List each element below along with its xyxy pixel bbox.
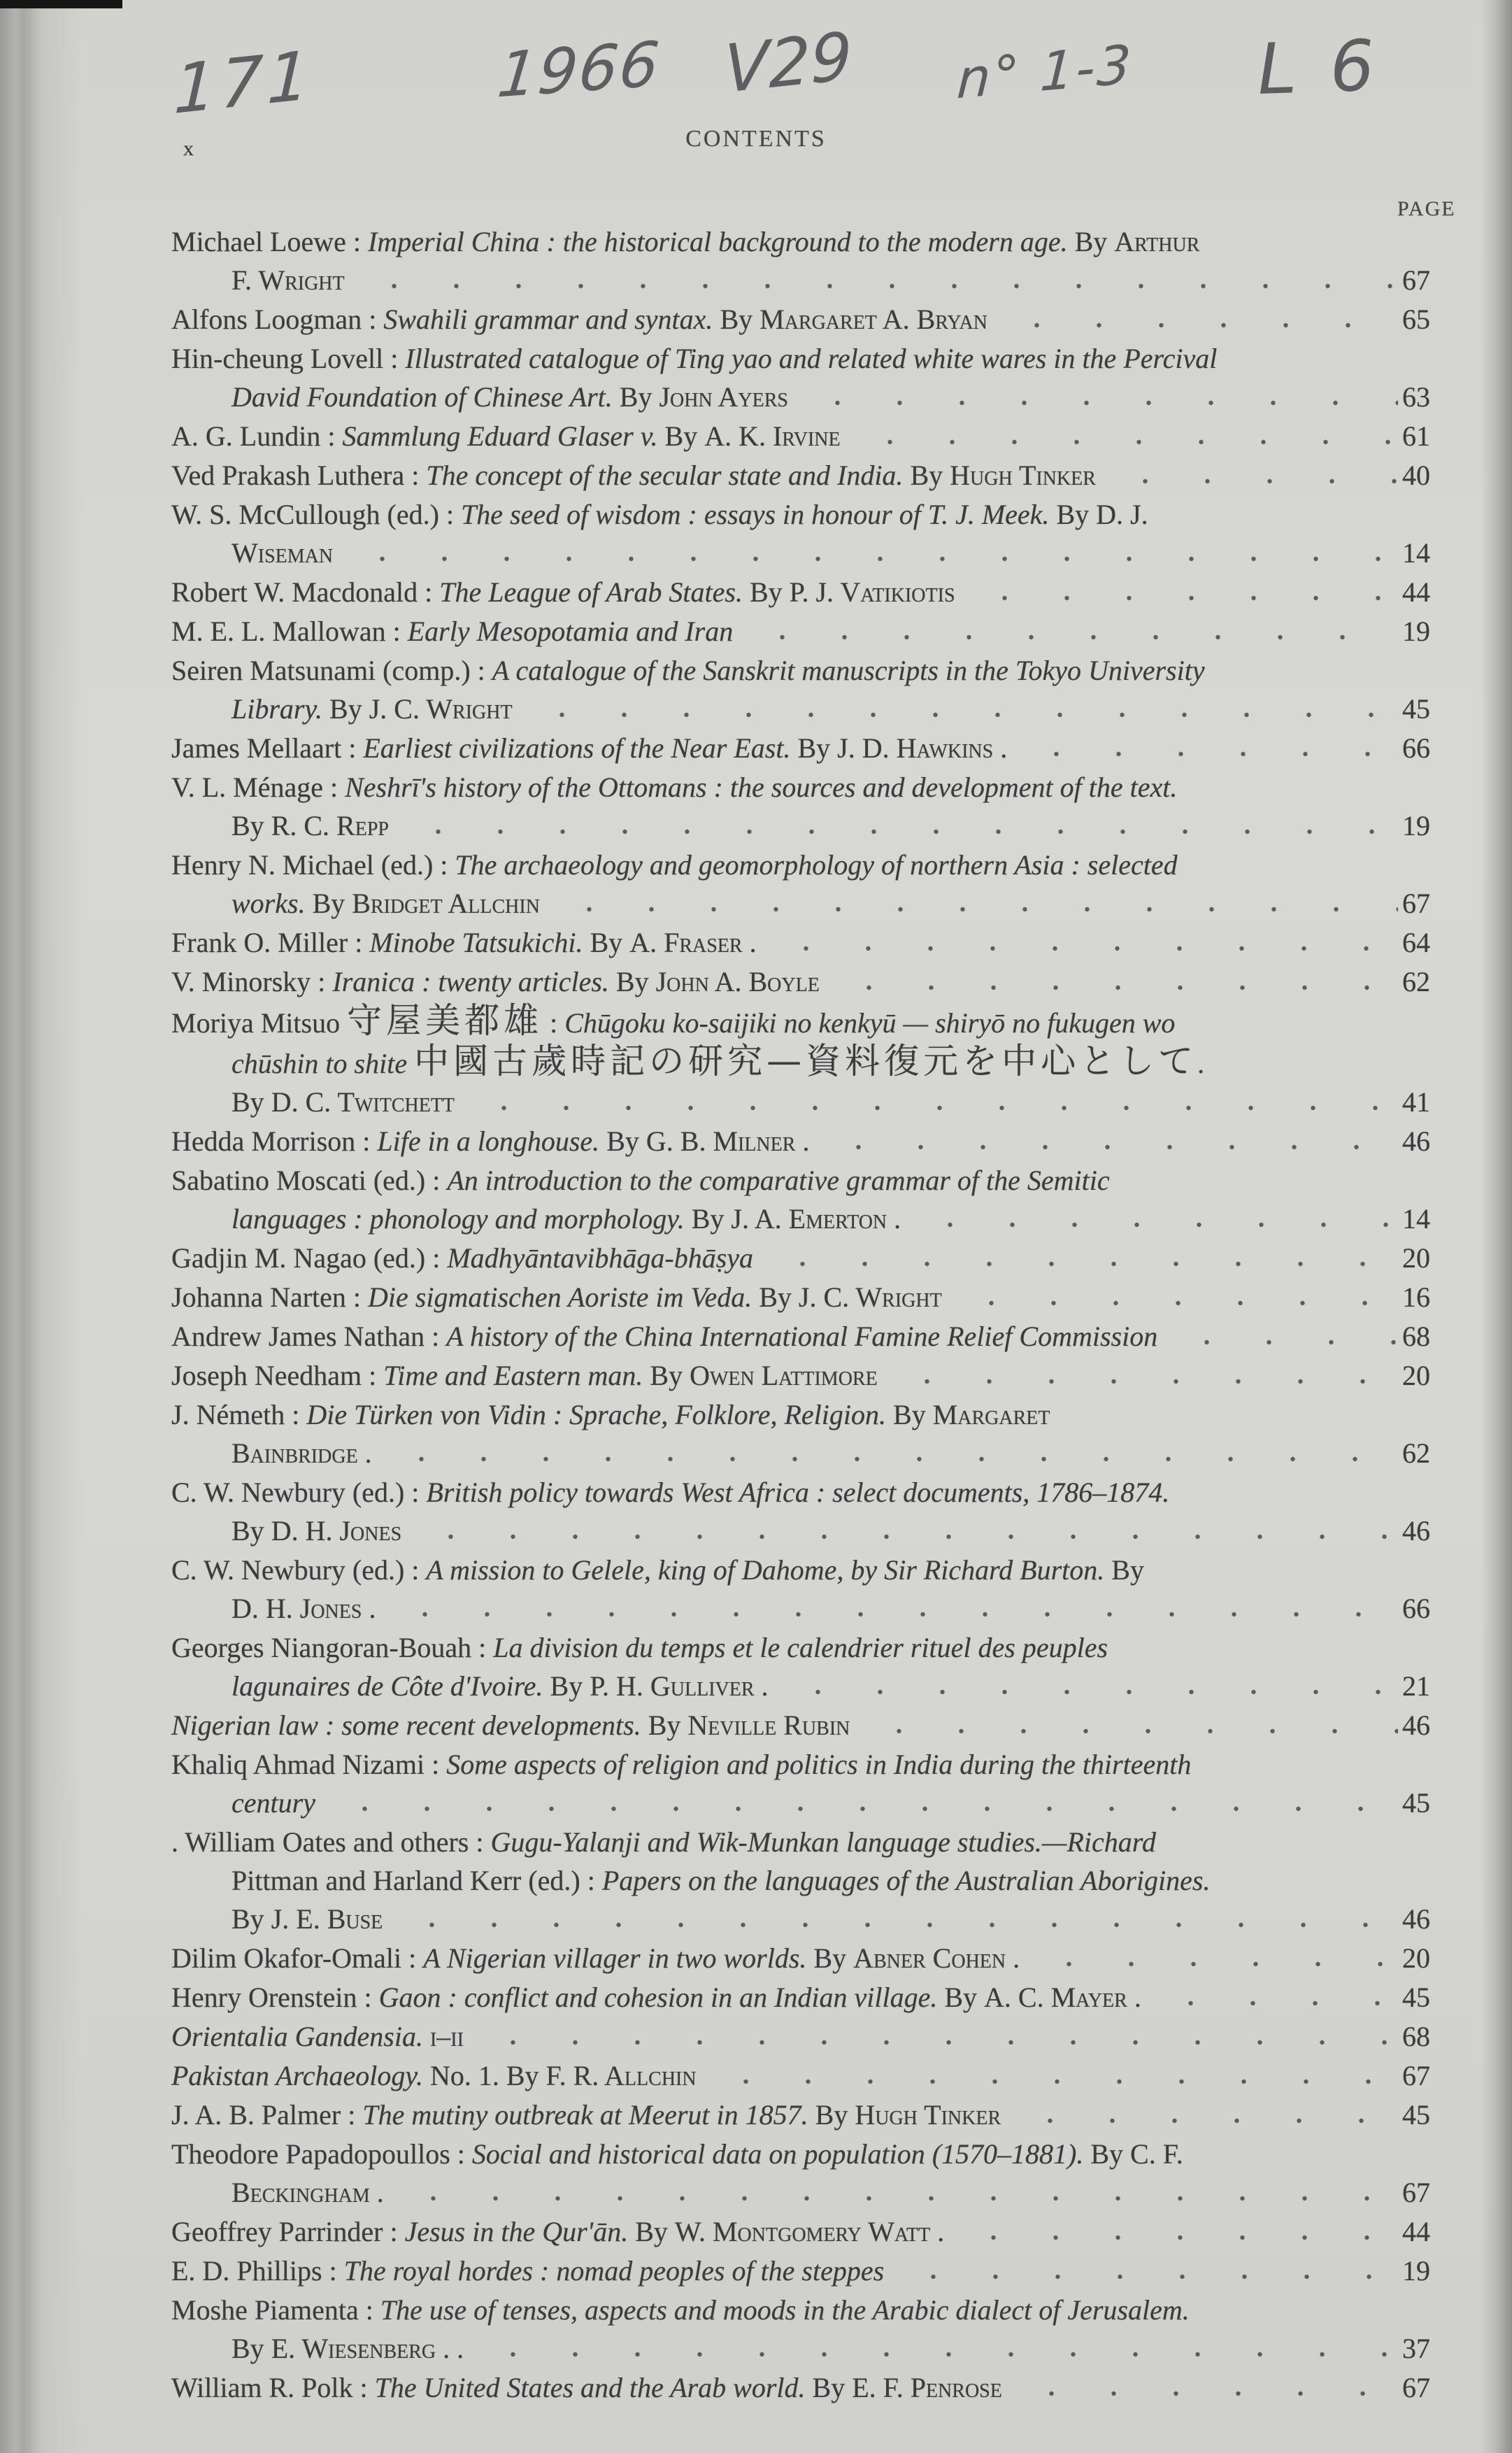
toc-text-segment: A history of the China International Fam… <box>446 1317 1157 1356</box>
toc-text-segment: Nigerian law : some recent developments. <box>171 1706 648 1744</box>
toc-text-segment: Wiseman <box>231 534 333 572</box>
toc-text-segment: A. G. Lundin : <box>171 417 342 455</box>
toc-entry: Theodore Papadopoullos : Social and hist… <box>171 2135 1485 2212</box>
page-edge-shadow <box>1481 0 1512 2453</box>
toc-entry: Gadjin M. Nagao (ed.) : Madhyāntavibhāga… <box>171 1239 1485 1277</box>
toc-text-segment: Hugh Tinker <box>950 456 1096 495</box>
toc-line: V. Minorsky : Iranica : twenty articles.… <box>171 962 1485 1001</box>
toc-text-segment: i–ii <box>430 2017 464 2056</box>
toc-text-segment: By <box>910 456 950 495</box>
toc-text-segment: Robert W. Macdonald : <box>171 573 439 611</box>
dot-leader <box>1176 1317 1398 1356</box>
toc-text-segment: Pittman and Harland Kerr (ed.) : <box>231 1861 602 1900</box>
toc-line: Joseph Needham : Time and Eastern man. B… <box>171 1356 1485 1395</box>
page-number: 64 <box>1402 923 1485 962</box>
toc-text-segment: . . <box>436 2329 464 2368</box>
page-number: 44 <box>1402 2212 1485 2251</box>
toc-entry: Hin-cheung Lovell : Illustrated catalogu… <box>171 339 1485 416</box>
page-number: 45 <box>1402 690 1485 728</box>
toc-text-segment: Henry N. Michael (ed.) : <box>171 846 455 884</box>
dot-leader <box>334 1784 1398 1822</box>
toc-text-segment: Gadjin M. Nagao (ed.) : <box>171 1239 447 1277</box>
toc-entry: James Mellaart : Earliest civilizations … <box>171 729 1485 767</box>
toc-text-segment: The United States and the Arab world. <box>375 2368 813 2407</box>
dot-leader <box>868 1706 1398 1744</box>
toc-line: By R. C. Repp19 <box>171 806 1485 845</box>
toc-entry: Pakistan Archaeology. No. 1. By F. R. Al… <box>171 2056 1485 2095</box>
toc-line: Bainbridge .62 <box>171 1434 1485 1472</box>
page-number: 66 <box>1402 1589 1485 1628</box>
toc-text-segment: Gugu-Yalanji and Wik-Munkan language stu… <box>490 1823 1155 1861</box>
toc-line: Beckingham .67 <box>171 2173 1485 2212</box>
toc-text-segment: R. C. Repp <box>271 806 389 845</box>
page-number: 67 <box>1402 261 1485 299</box>
toc-text-segment: By <box>813 1939 853 1977</box>
toc-text-segment: . <box>795 1122 809 1160</box>
toc-entry: Henry Orenstein : Gaon : conflict and co… <box>171 1978 1485 2017</box>
toc-text-segment: D. H. Jones <box>231 1589 362 1628</box>
dot-leader <box>751 612 1398 650</box>
toc-text-segment: Hedda Morrison : <box>171 1122 377 1160</box>
toc-text-segment: Minobe Tatsukichi. <box>369 923 590 962</box>
page-number: 45 <box>1402 1784 1485 1822</box>
toc-text-segment: The archaeology and geomorphology of nor… <box>455 846 1177 884</box>
toc-entry: W. S. McCullough (ed.) : The seed of wis… <box>171 495 1485 572</box>
toc-text-segment: By <box>590 923 630 962</box>
toc-text-segment: Jesus in the Qur'ān. <box>405 2212 636 2251</box>
toc-text-segment: F. R. Allchin <box>546 2056 697 2095</box>
toc-text-segment: A. C. Mayer <box>984 1978 1127 2017</box>
toc-line: E. D. Phillips : The royal hordes : noma… <box>171 2252 1485 2290</box>
toc-text-segment: By <box>893 1395 933 1434</box>
page-number: 45 <box>1402 1978 1485 2017</box>
toc-text-segment: . <box>358 1434 372 1472</box>
dot-leader <box>558 884 1398 923</box>
toc-line: Pittman and Harland Kerr (ed.) : Papers … <box>171 1861 1485 1900</box>
toc-text-segment: 中國古歲時記の研究—資料復元を中心として <box>414 1042 1197 1081</box>
toc-text-segment: By <box>797 729 837 767</box>
page-number: 44 <box>1402 573 1485 611</box>
dot-leader <box>896 1356 1398 1395</box>
toc-entry: Hedda Morrison : Life in a longhouse. By… <box>171 1122 1485 1160</box>
toc-text-segment: Georges Niangoran-Bouah : <box>171 1628 493 1667</box>
toc-text-segment: The concept of the secular state and Ind… <box>426 456 910 495</box>
page-number: 41 <box>1402 1083 1485 1121</box>
toc-text-segment: David Foundation of Chinese Art. <box>231 378 620 416</box>
toc-text-segment: Arthur <box>1114 222 1199 261</box>
toc-line: Geoffrey Parrinder : Jesus in the Qur'ān… <box>171 2212 1485 2251</box>
toc-entry: Frank O. Miller : Minobe Tatsukichi. By … <box>171 923 1485 962</box>
dot-leader <box>351 534 1398 572</box>
toc-line: Georges Niangoran-Bouah : La division du… <box>171 1628 1485 1667</box>
toc-line: Gadjin M. Nagao (ed.) : Madhyāntavibhāga… <box>171 1239 1485 1277</box>
toc-line: Andrew James Nathan : A history of the C… <box>171 1317 1485 1356</box>
toc-text-segment: The seed of wisdom : essays in honour of… <box>461 495 1056 534</box>
toc-text-segment: Joseph Needham : <box>171 1356 383 1395</box>
page-number: 46 <box>1402 1706 1485 1744</box>
toc-text-segment: John Ayers <box>659 378 787 416</box>
dot-leader <box>715 2056 1398 2095</box>
toc-line: Henry N. Michael (ed.) : The archaeology… <box>171 846 1485 884</box>
toc-text-segment: Chūgoku ko-saijiki no kenkyū — shiryō no… <box>564 1004 1175 1042</box>
toc-entry: Geoffrey Parrinder : Jesus in the Qur'ān… <box>171 2212 1485 2251</box>
toc-text-segment: E. Wiesenberg <box>271 2329 436 2368</box>
toc-entry: Orientalia Gandensia. i–ii68 <box>171 2017 1485 2056</box>
page-number: 62 <box>1402 1434 1485 1472</box>
toc-line: Seiren Matsunami (comp.) : A catalogue o… <box>171 651 1485 690</box>
toc-text-segment: Sabatino Moscati (ed.) : <box>171 1161 447 1200</box>
toc-entry: Moshe Piamenta : The use of tenses, aspe… <box>171 2291 1485 2368</box>
dot-leader <box>407 806 1398 845</box>
toc-entry: C. W. Newbury (ed.) : A mission to Gelel… <box>171 1551 1485 1628</box>
page-title: CONTENTS <box>0 126 1512 152</box>
page-number: 45 <box>1402 2096 1485 2134</box>
toc-text-segment: J. E. Buse <box>271 1900 383 1938</box>
toc-entry: Robert W. Macdonald : The League of Arab… <box>171 573 1485 611</box>
toc-text-segment: chūshin to shite <box>231 1044 414 1083</box>
dot-leader <box>420 1512 1398 1550</box>
toc-line: languages : phonology and morphology. By… <box>171 1200 1485 1238</box>
dot-leader <box>1160 1978 1398 2017</box>
toc-text-segment: The League of Arab States. <box>439 573 750 611</box>
toc-text-segment: By <box>313 884 352 923</box>
toc-line: Nigerian law : some recent developments.… <box>171 1706 1485 1744</box>
toc-text-segment: J. A. Emerton <box>731 1200 887 1238</box>
toc-text-segment: Social and historical data on population… <box>472 2135 1090 2173</box>
toc-text-segment: G. B. Milner <box>646 1122 796 1160</box>
page-column-label: PAGE <box>1397 197 1456 221</box>
toc-text-segment: A mission to Gelele, king of Dahome, by … <box>426 1551 1111 1589</box>
toc-line: C. W. Newbury (ed.) : A mission to Gelel… <box>171 1551 1485 1589</box>
toc-line: Alfons Loogman : Swahili grammar and syn… <box>171 300 1485 339</box>
toc-line: M. E. L. Mallowan : Early Mesopotamia an… <box>171 612 1485 650</box>
page-number: 68 <box>1402 1317 1485 1356</box>
toc-line: D. H. Jones .66 <box>171 1589 1485 1628</box>
toc-entry: V. L. Ménage : Neshrī's history of the O… <box>171 768 1485 845</box>
toc-text-segment: Madhyāntavibhāga-bhāṣya <box>447 1239 753 1277</box>
toc-text-segment: Khaliq Ahmad Nizami : <box>171 1745 446 1784</box>
dot-leader <box>401 1900 1398 1938</box>
toc-text-segment: By <box>650 1356 690 1395</box>
toc-entry: Henry N. Michael (ed.) : The archaeology… <box>171 846 1485 923</box>
page-number: 61 <box>1402 417 1485 455</box>
page-number: 20 <box>1402 1356 1485 1395</box>
toc-text-segment: D. C. Twitchett <box>271 1083 455 1121</box>
toc-text-segment: Gaon : conflict and cohesion in an India… <box>379 1978 945 2017</box>
toc-line: By E. Wiesenberg . .37 <box>171 2329 1485 2368</box>
toc-text-segment: La division du temps et le calendrier ri… <box>493 1628 1108 1667</box>
dot-leader <box>838 962 1398 1001</box>
toc-text-segment: By <box>944 1978 984 2017</box>
page-number: 37 <box>1402 2329 1485 2368</box>
toc-text-segment: By <box>620 378 659 416</box>
handwritten-annotation: L 6 <box>1256 24 1381 111</box>
toc-text-segment: C. W. Newbury (ed.) : <box>171 1473 426 1512</box>
scanned-contents-page: 171 1966 V29 n° 1-3 L 6 x CONTENTS PAGE … <box>0 0 1512 2453</box>
toc-entry: Ved Prakash Luthera : The concept of the… <box>171 456 1485 495</box>
toc-text-segment: Library. <box>231 690 329 728</box>
toc-text-segment: Some aspects of religion and politics in… <box>446 1745 1191 1784</box>
toc-text-segment: By <box>231 806 271 845</box>
toc-text-segment: Swahili grammar and syntax. <box>383 300 720 339</box>
page-number: 62 <box>1402 962 1485 1001</box>
toc-entry: Sabatino Moscati (ed.) : An introduction… <box>171 1161 1485 1238</box>
page-number: 40 <box>1402 456 1485 495</box>
toc-entry: Johanna Narten : Die sigmatischen Aorist… <box>171 1278 1485 1316</box>
scan-artifact <box>0 0 122 8</box>
toc-text-segment: By <box>616 962 656 1001</box>
toc-text-segment: M. E. L. Mallowan : <box>171 612 408 650</box>
page-number: 66 <box>1402 729 1485 767</box>
toc-text-segment: Hin-cheung Lovell : <box>171 339 405 378</box>
toc-line: Wiseman14 <box>171 534 1485 572</box>
toc-text-segment: Hugh Tinker <box>855 2096 1001 2134</box>
page-gutter-shadow <box>0 0 84 2453</box>
page-number: 67 <box>1402 2368 1485 2407</box>
toc-text-segment: W. Montgomery Watt <box>675 2212 930 2251</box>
toc-entry: Michael Loewe : Imperial China : the his… <box>171 222 1485 299</box>
dot-leader <box>1114 456 1398 495</box>
toc-line: Library. By J. C. Wright45 <box>171 690 1485 728</box>
dot-leader <box>919 1200 1398 1238</box>
toc-text-segment: Imperial China : the historical backgrou… <box>368 222 1075 261</box>
toc-line: Ved Prakash Luthera : The concept of the… <box>171 456 1485 495</box>
toc-line: Khaliq Ahmad Nizami : Some aspects of re… <box>171 1745 1485 1784</box>
toc-entry: A. G. Lundin : Sammlung Eduard Glaser v.… <box>171 417 1485 455</box>
toc-line: Orientalia Gandensia. i–ii68 <box>171 2017 1485 2056</box>
toc-text-segment: The royal hordes : nomad peoples of the … <box>344 2252 884 2290</box>
toc-text-segment: V. L. Ménage : <box>171 768 345 806</box>
toc-line: Sabatino Moscati (ed.) : An introduction… <box>171 1161 1485 1200</box>
page-number: 67 <box>1402 2056 1485 2095</box>
toc-text-segment: Die sigmatischen Aoriste im Veda. <box>368 1278 759 1316</box>
toc-text-segment: By <box>231 2329 271 2368</box>
toc-text-segment: Alfons Loogman : <box>171 300 383 339</box>
toc-line: Moriya Mitsuo 守屋美都雄 : Chūgoku ko-saijiki… <box>171 1002 1485 1042</box>
dot-leader <box>960 1278 1398 1316</box>
toc-text-segment: Andrew James Nathan : <box>171 1317 446 1356</box>
toc-text-segment: J. A. B. Palmer : <box>171 2096 362 2134</box>
toc-text-segment: . <box>993 729 1007 767</box>
toc-text-segment: C. F. <box>1130 2135 1183 2173</box>
toc-text-segment: D. J. <box>1096 495 1148 534</box>
toc-text-segment: By <box>231 1512 271 1550</box>
toc-text-segment: Neville Rubin <box>687 1706 850 1744</box>
toc-text-segment: The use of tenses, aspects and moods in … <box>380 2291 1190 2329</box>
toc-text-segment: Neshrī's history of the Ottomans : the s… <box>345 768 1177 806</box>
toc-text-segment: Die Türken von Vidin : Sprache, Folklore… <box>306 1395 893 1434</box>
toc-line: Johanna Narten : Die sigmatischen Aorist… <box>171 1278 1485 1316</box>
toc-text-segment: . <box>755 1667 769 1705</box>
toc-line: By J. E. Buse46 <box>171 1900 1485 1938</box>
toc-text-segment: . <box>887 1200 901 1238</box>
toc-text-segment: John A. Boyle <box>656 962 820 1001</box>
page-number: 20 <box>1402 1939 1485 1977</box>
handwritten-annotation: V29 <box>725 18 853 108</box>
toc-text-segment: works. <box>231 884 313 923</box>
toc-text-segment: Abner Cohen <box>853 1939 1006 1977</box>
toc-line: Frank O. Miller : Minobe Tatsukichi. By … <box>171 923 1485 962</box>
toc-entry: Nigerian law : some recent developments.… <box>171 1706 1485 1744</box>
toc-text-segment: Beckingham <box>231 2173 370 2212</box>
dot-leader <box>482 2329 1398 2368</box>
toc-line: William R. Polk : The United States and … <box>171 2368 1485 2407</box>
table-of-contents: Michael Loewe : Imperial China : the his… <box>171 222 1485 2408</box>
toc-text-segment: By <box>759 1278 799 1316</box>
toc-line: Henry Orenstein : Gaon : conflict and co… <box>171 1978 1485 2017</box>
toc-text-segment: Moshe Piamenta : <box>171 2291 380 2329</box>
dot-leader <box>1038 1939 1398 1977</box>
dot-leader <box>1019 2096 1398 2134</box>
toc-text-segment: Johanna Narten : <box>171 1278 368 1316</box>
toc-entry: Joseph Needham : Time and Eastern man. B… <box>171 1356 1485 1395</box>
toc-line: By D. C. Twitchett41 <box>171 1083 1485 1121</box>
toc-text-segment: W. S. McCullough (ed.) : <box>171 495 461 534</box>
toc-text-segment: An introduction to the comparative gramm… <box>447 1161 1109 1200</box>
page-number: 67 <box>1402 2173 1485 2212</box>
page-number: 68 <box>1402 2017 1485 2056</box>
page-number: 46 <box>1402 1512 1485 1550</box>
toc-line: . William Oates and others : Gugu-Yalanj… <box>171 1823 1485 1861</box>
toc-line: James Mellaart : Earliest civilizations … <box>171 729 1485 767</box>
toc-text-segment: . <box>370 2173 384 2212</box>
toc-text-segment: By <box>635 2212 675 2251</box>
toc-entry: Alfons Loogman : Swahili grammar and syn… <box>171 300 1485 339</box>
toc-entry: Georges Niangoran-Bouah : La division du… <box>171 1628 1485 1705</box>
dot-leader <box>394 1589 1398 1628</box>
dot-leader <box>363 261 1398 299</box>
toc-text-segment: Seiren Matsunami (comp.) : <box>171 651 492 690</box>
toc-text-segment: J. C. Wright <box>799 1278 942 1316</box>
page-number: 67 <box>1402 884 1485 923</box>
toc-line: V. L. Ménage : Neshrī's history of the O… <box>171 768 1485 806</box>
toc-text-segment: . <box>1197 1044 1204 1083</box>
toc-text-segment: Orientalia Gandensia. <box>171 2017 430 2056</box>
toc-text-segment: By <box>1075 222 1115 261</box>
toc-text-segment: By <box>1090 2135 1130 2173</box>
toc-entry: . William Oates and others : Gugu-Yalanj… <box>171 1823 1485 1938</box>
toc-text-segment: Moriya Mitsuo <box>171 1004 347 1042</box>
dot-leader <box>806 378 1398 416</box>
toc-text-segment: Geoffrey Parrinder : <box>171 2212 405 2251</box>
handwritten-annotation: 1966 <box>494 27 664 111</box>
toc-line: David Foundation of Chinese Art. By John… <box>171 378 1485 416</box>
toc-line: Michael Loewe : Imperial China : the his… <box>171 222 1485 261</box>
toc-text-segment: J. C. Wright <box>369 690 513 728</box>
toc-text-segment: By <box>648 1706 688 1744</box>
toc-text-segment: Margaret A. Bryan <box>759 300 987 339</box>
dot-leader <box>390 1434 1398 1472</box>
toc-text-segment: By <box>329 690 369 728</box>
toc-text-segment: By <box>813 2368 853 2407</box>
toc-text-segment: By <box>606 1122 646 1160</box>
toc-text-segment: A. Fraser <box>629 923 742 962</box>
toc-text-segment: . <box>930 2212 944 2251</box>
dot-leader <box>973 573 1398 611</box>
toc-entry: V. Minorsky : Iranica : twenty articles.… <box>171 962 1485 1001</box>
toc-text-segment: William R. Polk : <box>171 2368 375 2407</box>
page-number: 21 <box>1402 1667 1485 1705</box>
toc-line: By D. H. Jones46 <box>171 1512 1485 1550</box>
toc-text-segment: Margaret <box>933 1395 1050 1434</box>
toc-text-segment: D. H. Jones <box>271 1512 401 1550</box>
toc-entry: J. A. B. Palmer : The mutiny outbreak at… <box>171 2096 1485 2134</box>
toc-entry: Dilim Okafor-Omali : A Nigerian villager… <box>171 1939 1485 1977</box>
toc-line: Robert W. Macdonald : The League of Arab… <box>171 573 1485 611</box>
toc-text-segment: Theodore Papadopoullos : <box>171 2135 472 2173</box>
toc-text-segment: Sammlung Eduard Glaser v. <box>342 417 664 455</box>
toc-text-segment: Bainbridge <box>231 1434 358 1472</box>
toc-text-segment: . <box>362 1589 376 1628</box>
toc-text-segment: lagunaires de Côte d'Ivoire. <box>231 1667 550 1705</box>
toc-text-segment: . William Oates and others : <box>171 1823 490 1861</box>
toc-text-segment: Iranica : twenty articles. <box>332 962 615 1001</box>
toc-text-segment: . <box>1006 1939 1020 1977</box>
toc-entry: Seiren Matsunami (comp.) : A catalogue o… <box>171 651 1485 728</box>
handwritten-annotation: 171 <box>173 36 315 129</box>
toc-text-segment: Time and Eastern man. <box>383 1356 650 1395</box>
toc-text-segment: By <box>720 300 759 339</box>
dot-leader <box>1020 2368 1398 2407</box>
toc-text-segment: 守屋美都雄 <box>347 1002 543 1040</box>
dot-leader <box>1025 729 1398 767</box>
toc-text-segment: J. D. Hawkins <box>837 729 993 767</box>
toc-text-segment: P. J. Vatikiotis <box>790 573 955 611</box>
page-number: 19 <box>1402 612 1485 650</box>
dot-leader <box>402 2173 1398 2212</box>
dot-leader <box>482 2017 1398 2056</box>
dot-leader <box>787 1667 1398 1705</box>
page-number: 14 <box>1402 1200 1485 1238</box>
toc-text-segment: . <box>743 923 757 962</box>
toc-text-segment: By <box>1111 1551 1144 1589</box>
toc-text-segment: century <box>231 1784 315 1822</box>
toc-text-segment: A catalogue of the Sanskrit manuscripts … <box>492 651 1205 690</box>
page-number: 20 <box>1402 1239 1485 1277</box>
toc-text-segment: Dilim Okafor-Omali : <box>171 1939 423 1977</box>
toc-text-segment: V. Minorsky : <box>171 962 332 1001</box>
dot-leader <box>962 2212 1398 2251</box>
page-number: 46 <box>1402 1122 1485 1160</box>
toc-text-segment: A. K. Irvine <box>704 417 840 455</box>
dot-leader <box>859 417 1398 455</box>
dot-leader <box>1006 300 1398 339</box>
toc-line: Hin-cheung Lovell : Illustrated catalogu… <box>171 339 1485 378</box>
toc-line: Dilim Okafor-Omali : A Nigerian villager… <box>171 1939 1485 1977</box>
toc-text-segment: P. H. Gulliver <box>590 1667 754 1705</box>
toc-text-segment: James Mellaart : <box>171 729 363 767</box>
toc-text-segment: By <box>665 417 705 455</box>
toc-text-segment: By <box>692 1200 732 1238</box>
toc-line: F. Wright67 <box>171 261 1485 299</box>
dot-leader <box>531 690 1398 728</box>
toc-text-segment: Earliest civilizations of the Near East. <box>363 729 797 767</box>
toc-entry: M. E. L. Mallowan : Early Mesopotamia an… <box>171 612 1485 650</box>
toc-line: Theodore Papadopoullos : Social and hist… <box>171 2135 1485 2173</box>
dot-leader <box>827 1122 1398 1160</box>
toc-line: J. A. B. Palmer : The mutiny outbreak at… <box>171 2096 1485 2134</box>
toc-text-segment: J. Németh : <box>171 1395 306 1434</box>
toc-line: W. S. McCullough (ed.) : The seed of wis… <box>171 495 1485 534</box>
page-number: 63 <box>1402 378 1485 416</box>
toc-text-segment: By <box>750 573 790 611</box>
toc-text-segment: E. D. Phillips : <box>171 2252 344 2290</box>
toc-text-segment: : <box>543 1004 564 1042</box>
page-number: 65 <box>1402 300 1485 339</box>
page-number: 19 <box>1402 806 1485 845</box>
toc-entry: Andrew James Nathan : A history of the C… <box>171 1317 1485 1356</box>
page-number: 46 <box>1402 1900 1485 1938</box>
